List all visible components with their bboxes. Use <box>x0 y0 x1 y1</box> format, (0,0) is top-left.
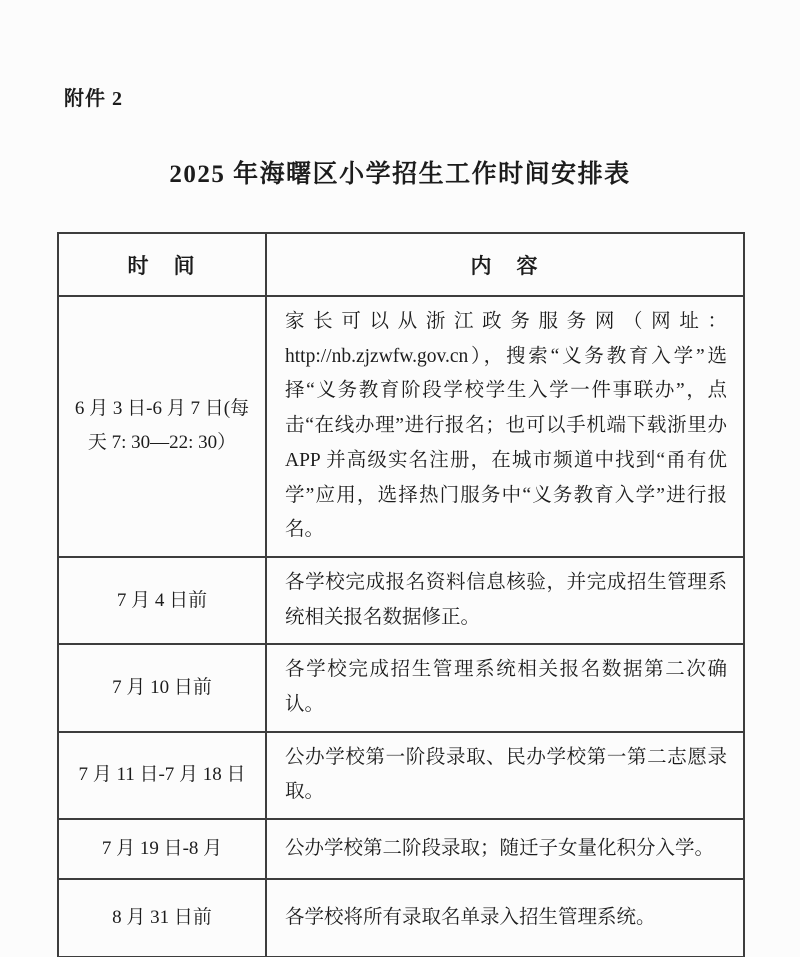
table-header-row: 时 间 内 容 <box>58 233 744 296</box>
content-cell: 各学校完成招生管理系统相关报名数据第二次确认。 <box>266 644 744 731</box>
time-cell: 8 月 31 日前 <box>58 879 266 957</box>
table-row: 6 月 3 日-6 月 7 日(每天 7: 30—22: 30） 家长可以从浙江… <box>58 296 744 557</box>
table-row: 7 月 4 日前 各学校完成报名资料信息核验，并完成招生管理系统相关报名数据修正… <box>58 557 744 644</box>
time-cell: 7 月 4 日前 <box>58 557 266 644</box>
content-cell: 公办学校第一阶段录取、民办学校第一第二志愿录取。 <box>266 732 744 819</box>
table-row: 7 月 10 日前 各学校完成招生管理系统相关报名数据第二次确认。 <box>58 644 744 731</box>
table-row: 8 月 31 日前 各学校将所有录取名单录入招生管理系统。 <box>58 879 744 957</box>
table-header-content: 内 容 <box>266 233 744 296</box>
time-cell: 6 月 3 日-6 月 7 日(每天 7: 30—22: 30） <box>58 296 266 557</box>
schedule-table-container: 时 间 内 容 6 月 3 日-6 月 7 日(每天 7: 30—22: 30）… <box>57 232 745 957</box>
content-cell: 各学校完成报名资料信息核验，并完成招生管理系统相关报名数据修正。 <box>266 557 744 644</box>
attachment-label: 附件 2 <box>64 82 123 111</box>
time-cell: 7 月 10 日前 <box>58 644 266 731</box>
table-row: 7 月 11 日-7 月 18 日 公办学校第一阶段录取、民办学校第一第二志愿录… <box>58 732 744 819</box>
content-cell: 各学校将所有录取名单录入招生管理系统。 <box>266 879 744 957</box>
page-title: 2025 年海曙区小学招生工作时间安排表 <box>0 154 800 190</box>
document-page: 附件 2 2025 年海曙区小学招生工作时间安排表 时 间 内 容 6 月 3 … <box>0 0 800 957</box>
time-cell: 7 月 19 日-8 月 <box>58 819 266 879</box>
schedule-table: 时 间 内 容 6 月 3 日-6 月 7 日(每天 7: 30—22: 30）… <box>57 232 745 957</box>
time-cell: 7 月 11 日-7 月 18 日 <box>58 732 266 819</box>
content-cell: 公办学校第二阶段录取；随迁子女量化积分入学。 <box>266 819 744 879</box>
table-header-time: 时 间 <box>58 233 266 296</box>
content-cell: 家长可以从浙江政务服务网（网址：http://nb.zjzwfw.gov.cn）… <box>266 296 744 557</box>
table-row: 7 月 19 日-8 月 公办学校第二阶段录取；随迁子女量化积分入学。 <box>58 819 744 879</box>
